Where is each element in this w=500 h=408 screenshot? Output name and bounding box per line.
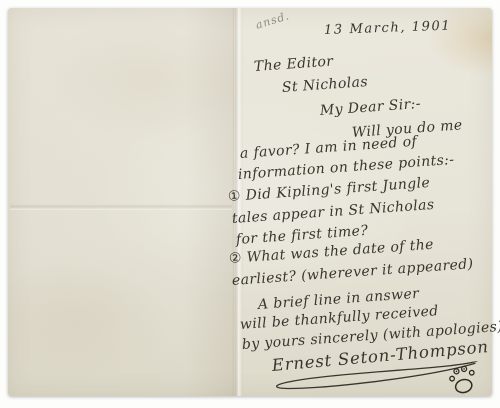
pencil-annotation: ansd. <box>254 10 291 31</box>
letter-paper: ansd. 13 March, 1901 The Editor St Nicho… <box>8 8 492 396</box>
salutation-line: My Dear Sir:- <box>320 97 422 118</box>
letter-photograph: ansd. 13 March, 1901 The Editor St Nicho… <box>0 0 500 408</box>
address-line-publication: St Nicholas <box>282 75 369 95</box>
address-line-recipient: The Editor <box>254 54 334 74</box>
date-line: 13 March, 1901 <box>324 20 452 37</box>
horizontal-fold-crease <box>10 204 232 210</box>
blank-left-leaf <box>8 8 234 396</box>
